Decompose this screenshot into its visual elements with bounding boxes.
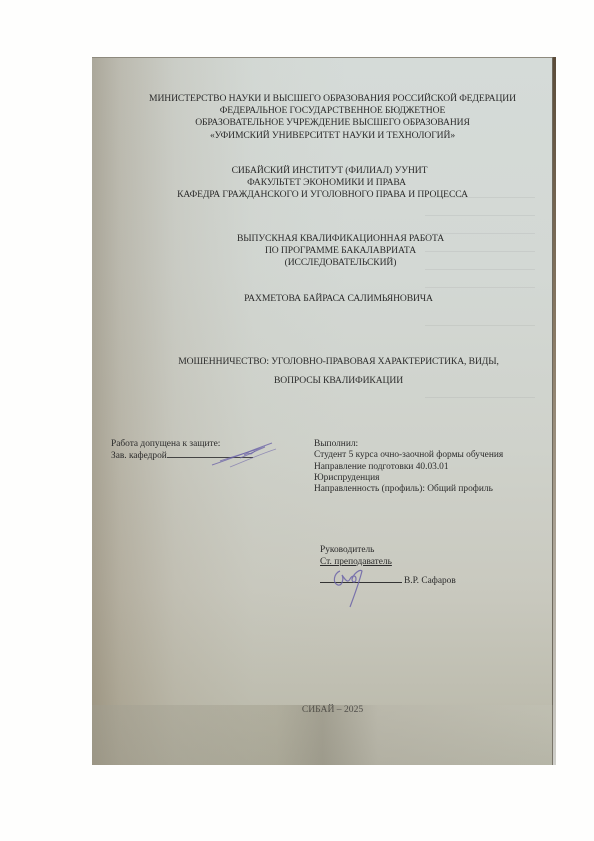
admission-block: Работа допущена к защите: Зав. кафедрой [111,439,253,463]
ministry-line: ОБРАЗОВАТЕЛЬНОЕ УЧРЕЖДЕНИЕ ВЫСШЕГО ОБРАЗ… [112,117,553,129]
page-bottom-shadow [92,705,553,765]
bleed-through-line [425,325,535,326]
author-name: РАХМЕТОВА БАЙРАСА САЛИМЬЯНОВИЧА [108,293,569,305]
topic-line: МОШЕННИЧЕСТВО: УГОЛОВНО-ПРАВОВАЯ ХАРАКТЕ… [108,353,569,372]
ministry-line: МИНИСТЕРСТВО НАУКИ И ВЫСШЕГО ОБРАЗОВАНИЯ… [112,93,553,105]
supervisor-block: Руководитель Ст. преподаватель В.Р. Сафа… [320,545,456,588]
work-type: ВЫПУСКНАЯ КВАЛИФИКАЦИОННАЯ РАБОТА ПО ПРО… [110,233,571,270]
bleed-through-line [425,215,535,216]
work-type-line: ВЫПУСКНАЯ КВАЛИФИКАЦИОННАЯ РАБОТА [110,233,571,245]
work-type-line: (ИССЛЕДОВАТЕЛЬСКИЙ) [110,257,571,269]
signature-line [320,576,402,583]
performer-block: Выполнил: Студент 5 курса очно-заочной ф… [314,439,503,495]
department-name: КАФЕДРА ГРАЖДАНСКОГО И УГОЛОВНОГО ПРАВА … [92,189,553,201]
topic-line: ВОПРОСЫ КВАЛИФИКАЦИИ [108,372,569,391]
ministry-header: МИНИСТЕРСТВО НАУКИ И ВЫСШЕГО ОБРАЗОВАНИЯ… [92,93,553,142]
institute-name: СИБАЙСКИЙ ИНСТИТУТ (ФИЛИАЛ) УУНИТ [106,165,553,177]
faculty-name: ФАКУЛЬТЕТ ЭКОНОМИКИ И ПРАВА [100,177,553,189]
bleed-through-line [425,397,535,398]
thesis-topic: МОШЕННИЧЕСТВО: УГОЛОВНО-ПРАВОВАЯ ХАРАКТЕ… [108,353,569,390]
title-page: МИНИСТЕРСТВО НАУКИ И ВЫСШЕГО ОБРАЗОВАНИЯ… [92,57,553,765]
institute-header: СИБАЙСКИЙ ИНСТИТУТ (ФИЛИАЛ) УУНИТ ФАКУЛЬ… [92,165,553,202]
bleed-through-line [425,287,535,288]
supervisor-signature-row: В.Р. Сафаров [320,576,456,588]
work-type-line: ПО ПРОГРАММЕ БАКАЛАВРИАТА [110,245,571,257]
supervisor-label: Руководитель [320,545,456,557]
ministry-line: ФЕДЕРАЛЬНОЕ ГОСУДАРСТВЕННОЕ БЮДЖЕТНОЕ [112,105,553,117]
performer-label: Выполнил: [314,439,503,450]
signature-line [167,450,253,458]
study-direction: Направление подготовки 40.03.01 [314,462,503,473]
specialty: Юриспруденция [314,473,503,484]
author-name-text: РАХМЕТОВА БАЙРАСА САЛИМЬЯНОВИЧА [108,293,569,305]
head-of-department-label: Зав. кафедрой [111,451,167,461]
study-profile: Направленность (профиль): Общий профиль [314,484,503,495]
head-of-department-row: Зав. кафедрой [111,450,253,462]
university-name: «УФИМСКИЙ УНИВЕРСИТЕТ НАУКИ И ТЕХНОЛОГИЙ… [112,130,553,142]
student-course: Студент 5 курса очно-заочной формы обуче… [314,450,503,461]
admission-label: Работа допущена к защите: [111,439,253,450]
supervisor-position: Ст. преподаватель [320,557,456,569]
supervisor-name: В.Р. Сафаров [404,576,456,586]
